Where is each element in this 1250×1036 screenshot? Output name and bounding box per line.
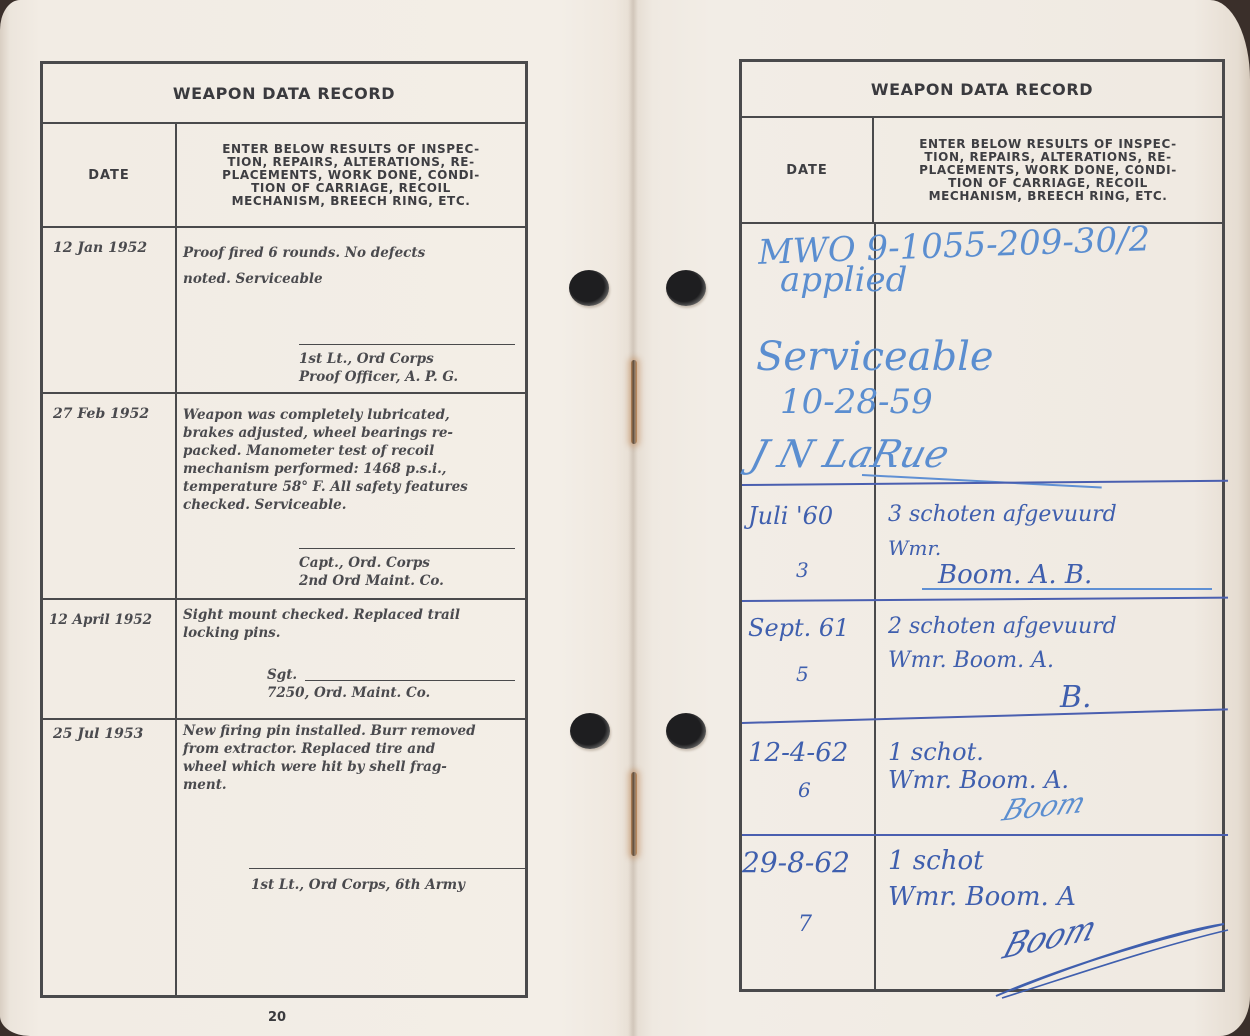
signature-title: 1st Lt., Ord Corps xyxy=(299,350,434,368)
date-column-header: DATE xyxy=(742,118,874,222)
signature-flourish xyxy=(992,912,1232,1002)
description-column-header: ENTER BELOW RESULTS OF INSPEC- TION, REP… xyxy=(177,124,525,226)
handwritten-date: 10-28-59 xyxy=(780,382,933,422)
weapon-data-record-left: WEAPON DATA RECORD DATE ENTER BELOW RESU… xyxy=(40,61,528,998)
header-line: TION, REPAIRS, ALTERATIONS, RE- xyxy=(919,151,1177,164)
record-entry: 27 Feb 1952 Weapon was completely lubric… xyxy=(43,392,525,600)
binding-hole xyxy=(570,713,610,749)
header-line: ENTER BELOW RESULTS OF INSPEC- xyxy=(222,143,480,156)
staple xyxy=(631,772,637,856)
entry-description: New firing pin installed. Burr removed f… xyxy=(177,718,525,998)
entry-description: Proof fired 6 rounds. No defects noted. … xyxy=(177,226,525,392)
header-line: TION OF CARRIAGE, RECOIL xyxy=(222,182,480,195)
record-entry: 12 April 1952 Sight mount checked. Repla… xyxy=(43,598,525,720)
entry-text: Wmr. Boom. A xyxy=(888,882,1076,912)
column-headers: DATE ENTER BELOW RESULTS OF INSPEC- TION… xyxy=(43,124,525,228)
entry-count: 6 xyxy=(798,778,811,802)
signature-title: Sgt. xyxy=(267,666,297,684)
entry-signature: B. xyxy=(1060,680,1092,715)
description-line: locking pins. xyxy=(183,624,521,642)
description-line: packed. Manometer test of recoil xyxy=(183,442,521,460)
header-line: PLACEMENTS, WORK DONE, CONDI- xyxy=(919,164,1177,177)
entry-date: 29-8-62 xyxy=(742,846,850,879)
description-line: mechanism performed: 1468 p.s.i., xyxy=(183,460,521,478)
ink-row-divider xyxy=(742,834,1228,836)
description-line: brakes adjusted, wheel bearings re- xyxy=(183,424,521,442)
header-line: MECHANISM, BREECH RING, ETC. xyxy=(919,190,1177,203)
ink-row-divider xyxy=(742,597,1228,602)
weapon-data-record-right: WEAPON DATA RECORD DATE ENTER BELOW RESU… xyxy=(739,59,1225,992)
open-booklet: WEAPON DATA RECORD DATE ENTER BELOW RESU… xyxy=(0,0,1250,1036)
book-gutter xyxy=(628,0,638,1036)
header-line: ENTER BELOW RESULTS OF INSPEC- xyxy=(919,138,1177,151)
entry-description: Weapon was completely lubricated, brakes… xyxy=(177,392,525,598)
description-line: New firing pin installed. Burr removed xyxy=(183,722,521,740)
entry-text: 1 schot xyxy=(888,846,984,876)
column-headers: DATE ENTER BELOW RESULTS OF INSPEC- TION… xyxy=(742,118,1222,224)
signature-line xyxy=(299,344,515,345)
description-line: from extractor. Replaced tire and xyxy=(183,740,521,758)
record-entry: 12 Jan 1952 Proof fired 6 rounds. No def… xyxy=(43,226,525,394)
entry-date: 12 April 1952 xyxy=(43,598,177,718)
record-entry: 25 Jul 1953 New firing pin installed. Bu… xyxy=(43,718,525,998)
binding-hole xyxy=(666,270,706,306)
signature-line xyxy=(299,548,515,549)
description-line: noted. Serviceable xyxy=(183,266,521,292)
ink-row-divider xyxy=(742,708,1228,724)
entry-text: Wmr. Boom. A. xyxy=(888,648,1054,673)
entries-area: 12 Jan 1952 Proof fired 6 rounds. No def… xyxy=(43,226,525,995)
description-line: Proof fired 6 rounds. No defects xyxy=(183,240,521,266)
entry-count: 7 xyxy=(798,912,812,937)
entry-date: Juli '60 xyxy=(748,502,833,530)
entry-count: 5 xyxy=(796,662,809,686)
staple xyxy=(631,360,637,444)
signature-title: Proof Officer, A. P. G. xyxy=(299,368,458,386)
description-column-header: ENTER BELOW RESULTS OF INSPEC- TION, REP… xyxy=(874,118,1222,222)
page-number: 20 xyxy=(268,1010,286,1025)
date-column-header: DATE xyxy=(43,124,177,226)
entry-text: 1 schot. xyxy=(888,738,984,766)
signature-title: Capt., Ord. Corps xyxy=(299,554,430,572)
signature-title: 7250, Ord. Maint. Co. xyxy=(267,684,430,702)
entry-date: 27 Feb 1952 xyxy=(43,392,177,598)
binding-hole xyxy=(666,713,706,749)
entry-date: 25 Jul 1953 xyxy=(43,718,177,998)
handwritten-entries-area: MWO 9-1055-209-30/2 applied Serviceable … xyxy=(742,222,1222,989)
form-title: WEAPON DATA RECORD xyxy=(742,62,1222,118)
signature-title: 2nd Ord Maint. Co. xyxy=(299,572,444,590)
entry-text: Wmr. xyxy=(888,536,941,560)
signature-line xyxy=(249,868,525,869)
form-title: WEAPON DATA RECORD xyxy=(43,64,525,124)
handwritten-applied: applied xyxy=(780,260,907,300)
entry-text: 3 schoten afgevuurd xyxy=(888,502,1117,527)
ink-underline xyxy=(922,588,1212,590)
entry-date: Sept. 61 xyxy=(748,614,849,642)
entry-text: 2 schoten afgevuurd xyxy=(888,614,1117,639)
description-line: ment. xyxy=(183,776,521,794)
binding-hole xyxy=(569,270,609,306)
entry-description: Sight mount checked. Replaced trail lock… xyxy=(177,598,525,718)
handwritten-serviceable: Serviceable xyxy=(756,334,994,380)
entry-date: 12-4-62 xyxy=(748,738,848,768)
signature-title: 1st Lt., Ord Corps, 6th Army xyxy=(251,876,465,894)
handwritten-signature: J N LaRue xyxy=(746,432,954,476)
entry-count: 3 xyxy=(796,558,809,582)
entry-date: 12 Jan 1952 xyxy=(43,226,177,392)
header-line: TION, REPAIRS, ALTERATIONS, RE- xyxy=(222,156,480,169)
description-line: checked. Serviceable. xyxy=(183,496,521,514)
description-line: temperature 58° F. All safety features xyxy=(183,478,521,496)
signature-line xyxy=(305,680,515,681)
header-line: TION OF CARRIAGE, RECOIL xyxy=(919,177,1177,190)
header-line: PLACEMENTS, WORK DONE, CONDI- xyxy=(222,169,480,182)
header-line: MECHANISM, BREECH RING, ETC. xyxy=(222,195,480,208)
description-line: wheel which were hit by shell frag- xyxy=(183,758,521,776)
description-line: Weapon was completely lubricated, xyxy=(183,406,521,424)
entry-signature: Boom. A. B. xyxy=(938,560,1092,590)
description-line: Sight mount checked. Replaced trail xyxy=(183,606,521,624)
